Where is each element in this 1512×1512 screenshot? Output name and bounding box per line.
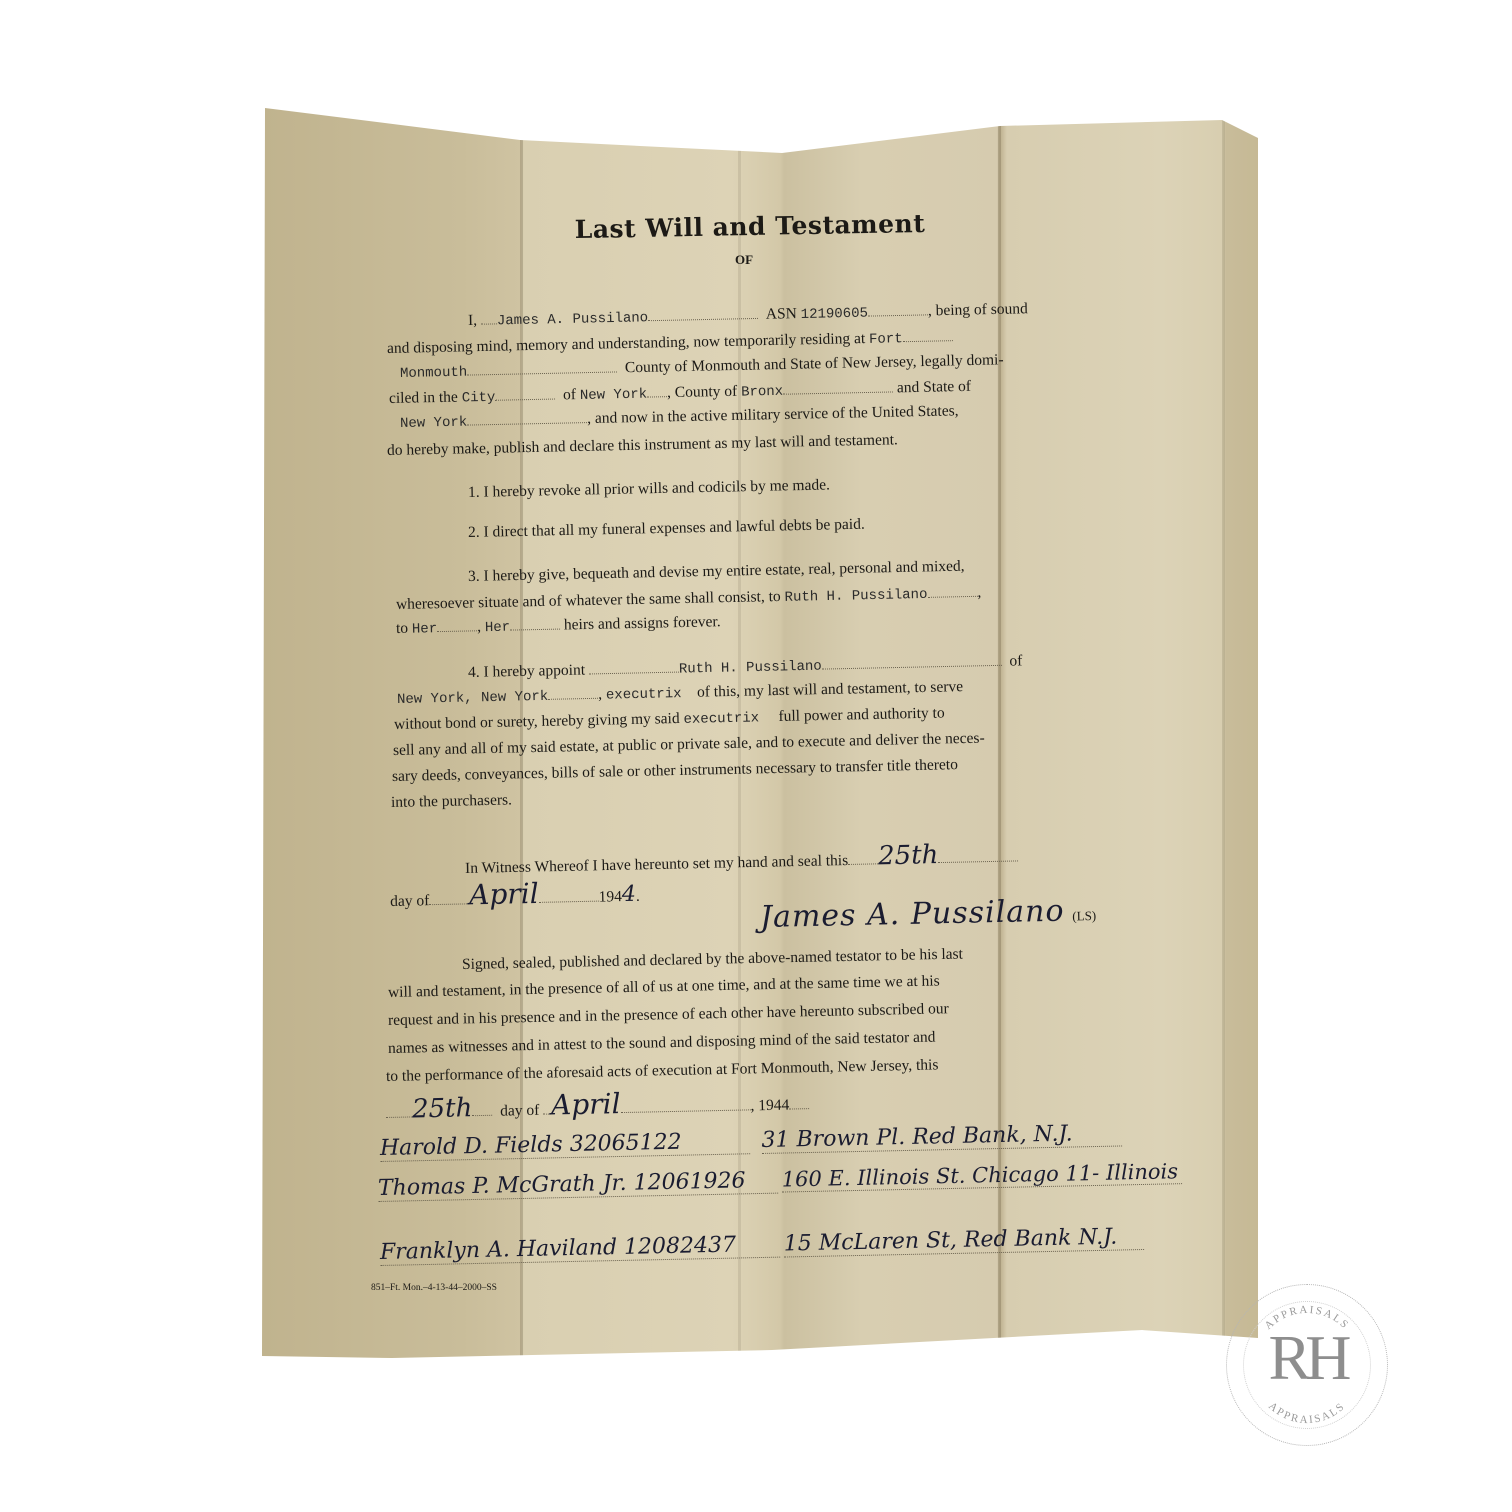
clause-2: 2. I direct that all my funeral expenses… [468,516,865,542]
testator-signature: James A. Pussilano [760,894,1065,935]
witness-row: Franklyn A. Haviland 12082437 15 McLaren… [380,1224,1144,1266]
attestation-line-3: request and in his presence and in the p… [388,1000,949,1030]
clause-4-line-4: sell any and all of my said estate, at p… [393,730,985,760]
preamble-line-6: do hereby make, publish and declare this… [387,431,898,460]
witness-address: 31 Brown Pl. Red Bank, N.J. [761,1120,1121,1154]
witness-row: Harold D. Fields 32065122 31 Brown Pl. R… [380,1120,1122,1162]
clause-3-line-3: to Her, Her heirs and assigns forever. [396,613,721,638]
clause-4-line-5: sary deeds, conveyances, bills of sale o… [392,756,958,786]
signing-month: April [469,877,539,911]
form-number: 851–Ft. Mon.–4-13-44–2000–SS [371,1283,497,1293]
clause-3-line-1: 3. I hereby give, bequeath and devise my… [468,558,965,586]
clause-4-line-2: New York, New York, executrix of this, m… [397,678,963,708]
clause-3-line-2: wheresoever situate and of whatever the … [396,584,982,614]
attestation-line-2: will and testament, in the presence of a… [388,972,940,1002]
executrix-name-field: Ruth H. Pussilano [679,659,822,678]
clause-4-line-1: 4. I hereby appoint Ruth H. Pussilano of [468,652,1023,682]
rh-monogram: RH [1227,1321,1387,1395]
witness-name: Thomas P. McGrath Jr. 12061926 [378,1168,778,1202]
clause-4-line-6: into the purchasers. [391,791,512,812]
witness-clause-line-1: In Witness Whereof I have hereunto set m… [465,838,1019,880]
attestation-line-6: 25th day of April, 1944 [386,1083,810,1125]
svg-text:APPRAISALS: APPRAISALS [1266,1400,1348,1426]
witness-address: 160 E. Illinois St. Chicago 11- Illinois [782,1159,1182,1192]
beneficiary-field: Ruth H. Pussilano [784,587,927,606]
clause-1: 1. I hereby revoke all prior wills and c… [468,476,830,502]
preamble-line-1: I, James A. Pussilano ASN 12190605, bein… [468,300,1028,330]
witness-address: 15 McLaren St, Red Bank N.J. [784,1224,1144,1258]
witness-name: Harold D. Fields 32065122 [380,1128,750,1162]
appraisals-seal: APPRAISALS APPRAISALS RH [1226,1284,1388,1446]
witness-name: Franklyn A. Haviland 12082437 [380,1232,780,1266]
document-title: Last Will and Testament [560,209,940,245]
witness-clause-line-2: day ofApril1944. [390,875,640,913]
attestation-line-4: names as witnesses and in attest to the … [388,1029,936,1058]
title-of: OF [735,252,753,268]
preamble-line-5: New York, and now in the active military… [400,402,959,432]
clause-4-line-3: without bond or surety, hereby giving my… [394,704,945,734]
asn-field: 12190605 [801,306,869,323]
testator-name-field: James A. Pussilano [497,310,649,329]
testator-signature-line: James A. Pussilano (LS) [760,893,1097,935]
preamble-line-3: Monmouth County of Monmouth and State of… [400,351,1004,382]
signing-day: 25th [878,840,939,871]
attestation-line-1: Signed, sealed, published and declared b… [462,946,963,974]
witness-row: Thomas P. McGrath Jr. 12061926 160 E. Il… [378,1159,1182,1202]
attestation-line-5: to the performance of the aforesaid acts… [386,1056,939,1086]
